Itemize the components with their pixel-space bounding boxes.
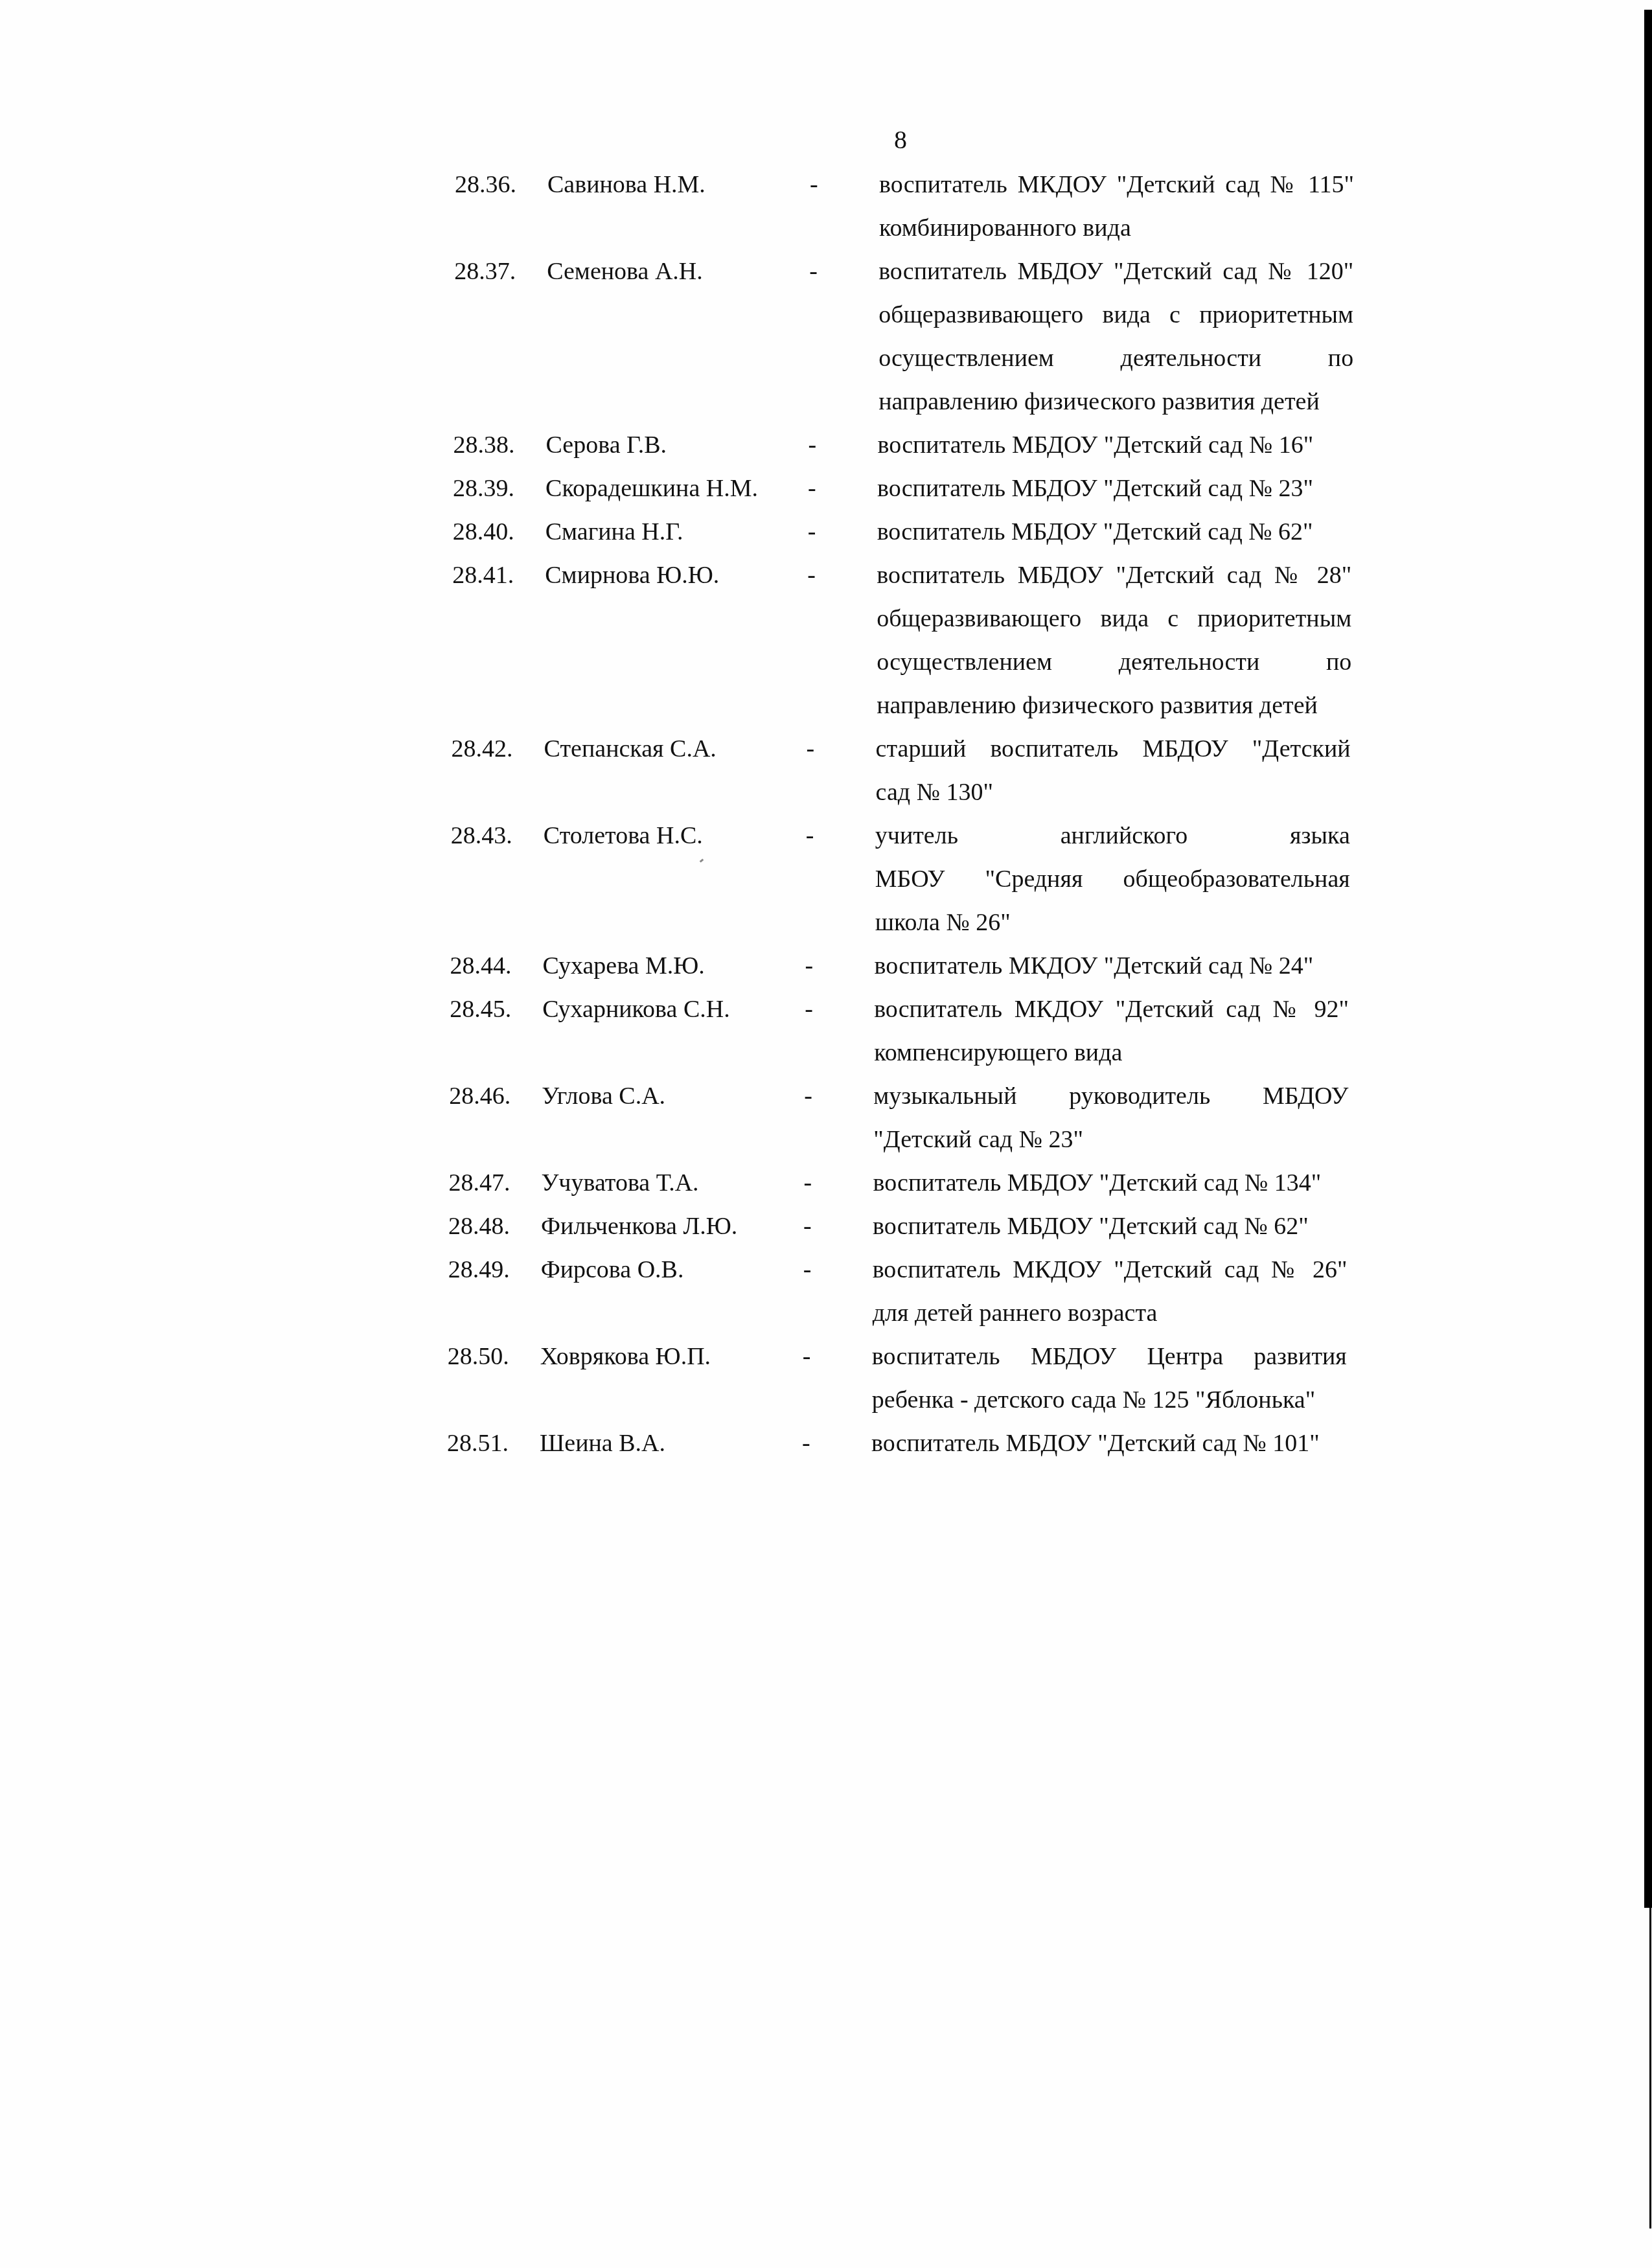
entry-number: 28.38. <box>453 424 515 467</box>
scan-border-right-thin <box>1649 1879 1651 2228</box>
entry-number: 28.46. <box>449 1075 511 1118</box>
entry-number: 28.41. <box>452 554 514 597</box>
entry-name: Учуватова Т.А. <box>541 1162 698 1205</box>
description-line: воспитатель МБДОУ "Детский сад № 120" <box>878 250 1353 293</box>
entry-name: Смирнова Ю.Ю. <box>545 554 719 597</box>
entry-number: 28.44. <box>450 945 512 988</box>
entry-name: Смагина Н.Г. <box>545 510 683 554</box>
entry-name: Столетова Н.С. <box>544 814 703 858</box>
entry-description: воспитатель МБДОУ "Детский сад № 16" <box>878 424 1353 467</box>
entry-name: Степанская С.А. <box>544 727 717 771</box>
entry-number: 28.42. <box>452 727 513 771</box>
entry-description: воспитатель МБДОУ Центра развитияребенка… <box>872 1335 1347 1422</box>
description-line: "Детский сад № 23" <box>873 1118 1348 1162</box>
description-line: МБОУ "Средняя общеобразовательная <box>875 858 1350 901</box>
entry-number: 28.51. <box>447 1422 509 1465</box>
entry-description: воспитатель МБДОУ "Детский сад № 23" <box>877 467 1352 510</box>
entry-description: воспитатель МБДОУ "Детский сад № 134" <box>873 1162 1348 1205</box>
entry-name: Савинова Н.М. <box>547 163 706 207</box>
entry-number: 28.48. <box>448 1205 510 1248</box>
entry-dash: - <box>808 510 816 554</box>
entry-number: 28.43. <box>451 814 512 858</box>
entry-name: Скорадешкина Н.М. <box>545 467 758 510</box>
description-line: комбинированного вида <box>879 207 1354 250</box>
description-line: направлению физического развития детей <box>877 684 1351 727</box>
document-page: 8 28.36.Савинова Н.М.-воспитатель МКДОУ … <box>0 0 1652 2268</box>
entry-name: Сухарникова С.Н. <box>542 988 730 1031</box>
entry-description: старший воспитатель МБДОУ "Детскийсад № … <box>876 727 1351 814</box>
entry-name: Сухарева М.Ю. <box>543 945 705 988</box>
description-line: воспитатель МБДОУ "Детский сад № 62" <box>877 510 1352 554</box>
description-line: воспитатель МБДОУ "Детский сад № 23" <box>877 467 1352 510</box>
entry-number: 28.50. <box>448 1335 509 1379</box>
entry-name: Фильченкова Л.Ю. <box>541 1205 737 1248</box>
entry-number: 28.39. <box>453 467 514 510</box>
entry-dash: - <box>807 727 815 771</box>
entry-number: 28.49. <box>448 1248 510 1292</box>
description-line: музыкальный руководитель МБДОУ <box>873 1075 1348 1118</box>
entry-dash: - <box>809 424 817 467</box>
description-line: учитель английского языка <box>875 814 1350 858</box>
scan-speck <box>700 858 704 862</box>
entry-dash: - <box>804 1075 812 1118</box>
entry-dash: - <box>805 988 813 1031</box>
entry-dash: - <box>806 814 814 858</box>
entry-description: воспитатель МКДОУ "Детский сад № 26"для … <box>873 1248 1348 1335</box>
entry-name: Шеина В.А. <box>540 1422 665 1465</box>
description-line: воспитатель МБДОУ Центра развития <box>872 1335 1347 1379</box>
description-line: воспитатель МКДОУ "Детский сад № 115" <box>879 163 1354 207</box>
entry-description: воспитатель МБДОУ "Детский сад № 101" <box>871 1422 1346 1465</box>
description-line: осуществлением деятельности по <box>878 337 1353 380</box>
entry-name: Семенова А.Н. <box>547 250 703 293</box>
entry-dash: - <box>802 1422 810 1465</box>
description-line: компенсирующего вида <box>874 1031 1349 1075</box>
entry-name: Фирсова О.В. <box>541 1248 684 1292</box>
entry-name: Ховрякова Ю.П. <box>540 1335 711 1379</box>
entry-name: Серова Г.В. <box>546 424 667 467</box>
description-line: сад № 130" <box>876 771 1351 814</box>
page-number: 8 <box>894 126 907 154</box>
entry-description: воспитатель МКДОУ "Детский сад № 92"комп… <box>874 988 1349 1075</box>
description-line: воспитатель МКДОУ "Детский сад № 92" <box>874 988 1349 1031</box>
description-line: направлению физического развития детей <box>878 380 1353 424</box>
entry-number: 28.37. <box>454 250 516 293</box>
description-line: школа № 26" <box>875 901 1350 945</box>
entry-dash: - <box>810 163 818 207</box>
entry-dash: - <box>803 1162 812 1205</box>
entry-description: учитель английского языкаМБОУ "Средняя о… <box>875 814 1350 945</box>
description-line: осуществлением деятельности по <box>877 641 1351 684</box>
entry-description: воспитатель МБДОУ "Детский сад № 28"обще… <box>877 554 1351 727</box>
description-line: воспитатель МБДОУ "Детский сад № 101" <box>871 1422 1346 1465</box>
entry-description: воспитатель МБДОУ "Детский сад № 62" <box>873 1205 1348 1248</box>
entry-description: музыкальный руководитель МБДОУ"Детский с… <box>873 1075 1348 1162</box>
entry-name: Углова С.А. <box>542 1075 665 1118</box>
description-line: общеразвивающего вида с приоритетным <box>878 293 1353 337</box>
description-line: воспитатель МБДОУ "Детский сад № 134" <box>873 1162 1348 1205</box>
description-line: для детей раннего возраста <box>873 1292 1348 1335</box>
entry-number: 28.40. <box>453 510 514 554</box>
entry-dash: - <box>807 554 816 597</box>
entry-number: 28.45. <box>450 988 511 1031</box>
entry-dash: - <box>803 1335 811 1379</box>
entry-dash: - <box>803 1248 812 1292</box>
description-line: ребенка - детского сада № 125 "Яблонька" <box>872 1379 1347 1422</box>
entry-description: воспитатель МБДОУ "Детский сад № 120"общ… <box>878 250 1353 424</box>
entry-number: 28.47. <box>448 1162 510 1205</box>
entry-description: воспитатель МКДОУ "Детский сад № 24" <box>875 945 1349 988</box>
description-line: воспитатель МБДОУ "Детский сад № 16" <box>878 424 1353 467</box>
entry-dash: - <box>805 945 814 988</box>
entry-number: 28.36. <box>455 163 516 207</box>
scan-border-right <box>1644 10 1652 1908</box>
description-line: воспитатель МКДОУ "Детский сад № 24" <box>875 945 1349 988</box>
entry-dash: - <box>809 250 818 293</box>
description-line: воспитатель МБДОУ "Детский сад № 62" <box>873 1205 1348 1248</box>
description-line: старший воспитатель МБДОУ "Детский <box>876 727 1351 771</box>
description-line: воспитатель МБДОУ "Детский сад № 28" <box>877 554 1351 597</box>
entry-dash: - <box>808 467 816 510</box>
entry-description: воспитатель МБДОУ "Детский сад № 62" <box>877 510 1352 554</box>
description-line: общеразвивающего вида с приоритетным <box>877 597 1351 641</box>
description-line: воспитатель МКДОУ "Детский сад № 26" <box>873 1248 1348 1292</box>
entry-dash: - <box>803 1205 812 1248</box>
entry-description: воспитатель МКДОУ "Детский сад № 115"ком… <box>879 163 1354 250</box>
